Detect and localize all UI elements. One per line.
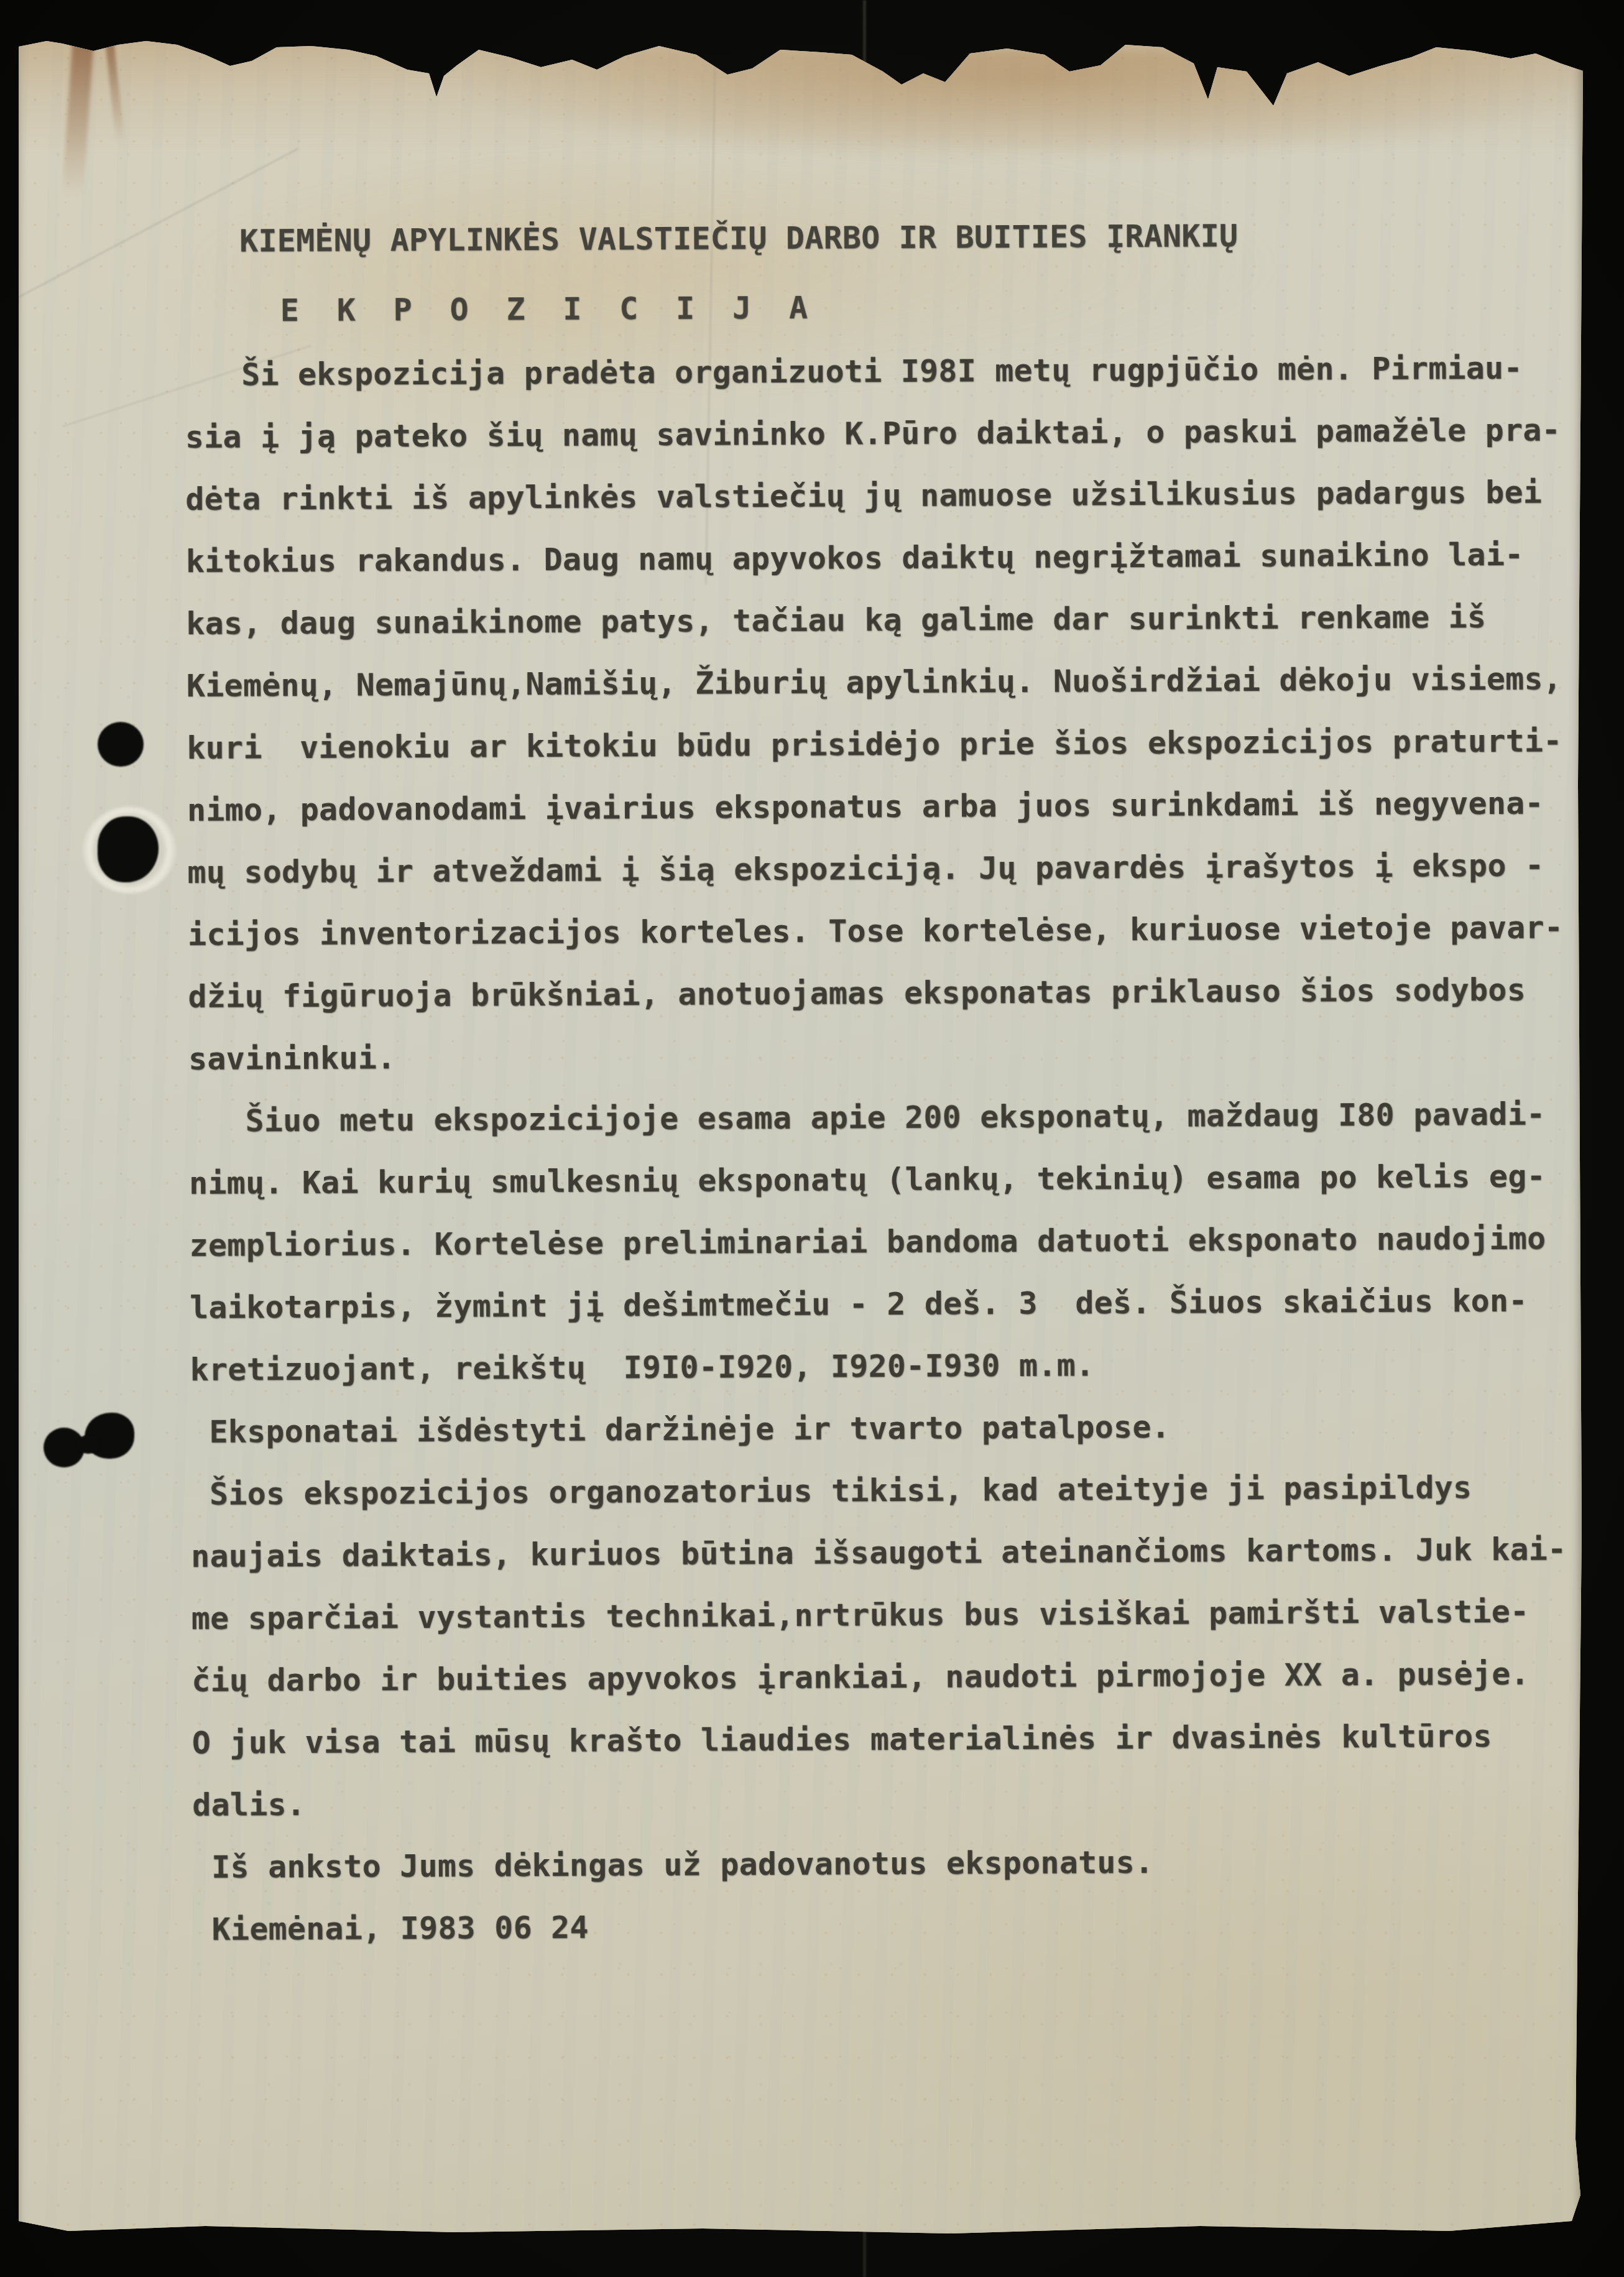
left-edge-brown-streak — [62, 40, 93, 197]
punch-hole-top — [98, 722, 144, 767]
document-title-line1: KIEMĖNŲ APYLINKĖS VALSTIEČIŲ DARBO IR BU… — [239, 218, 1238, 259]
document-page: KIEMĖNŲ APYLINKĖS VALSTIEČIŲ DARBO IR BU… — [19, 37, 1583, 2238]
document-title-line2: E K P O Z I C I J A — [280, 290, 808, 329]
top-right-water-stain — [466, 50, 1585, 193]
left-edge-brown-streak-2 — [106, 44, 125, 144]
document-body-text: Ši ekspozicija pradėta organizuoti I98I … — [185, 336, 1569, 1961]
ink-blot-connector — [76, 1435, 101, 1454]
typed-text-block: KIEMĖNŲ APYLINKĖS VALSTIEČIŲ DARBO IR BU… — [184, 216, 1599, 2164]
